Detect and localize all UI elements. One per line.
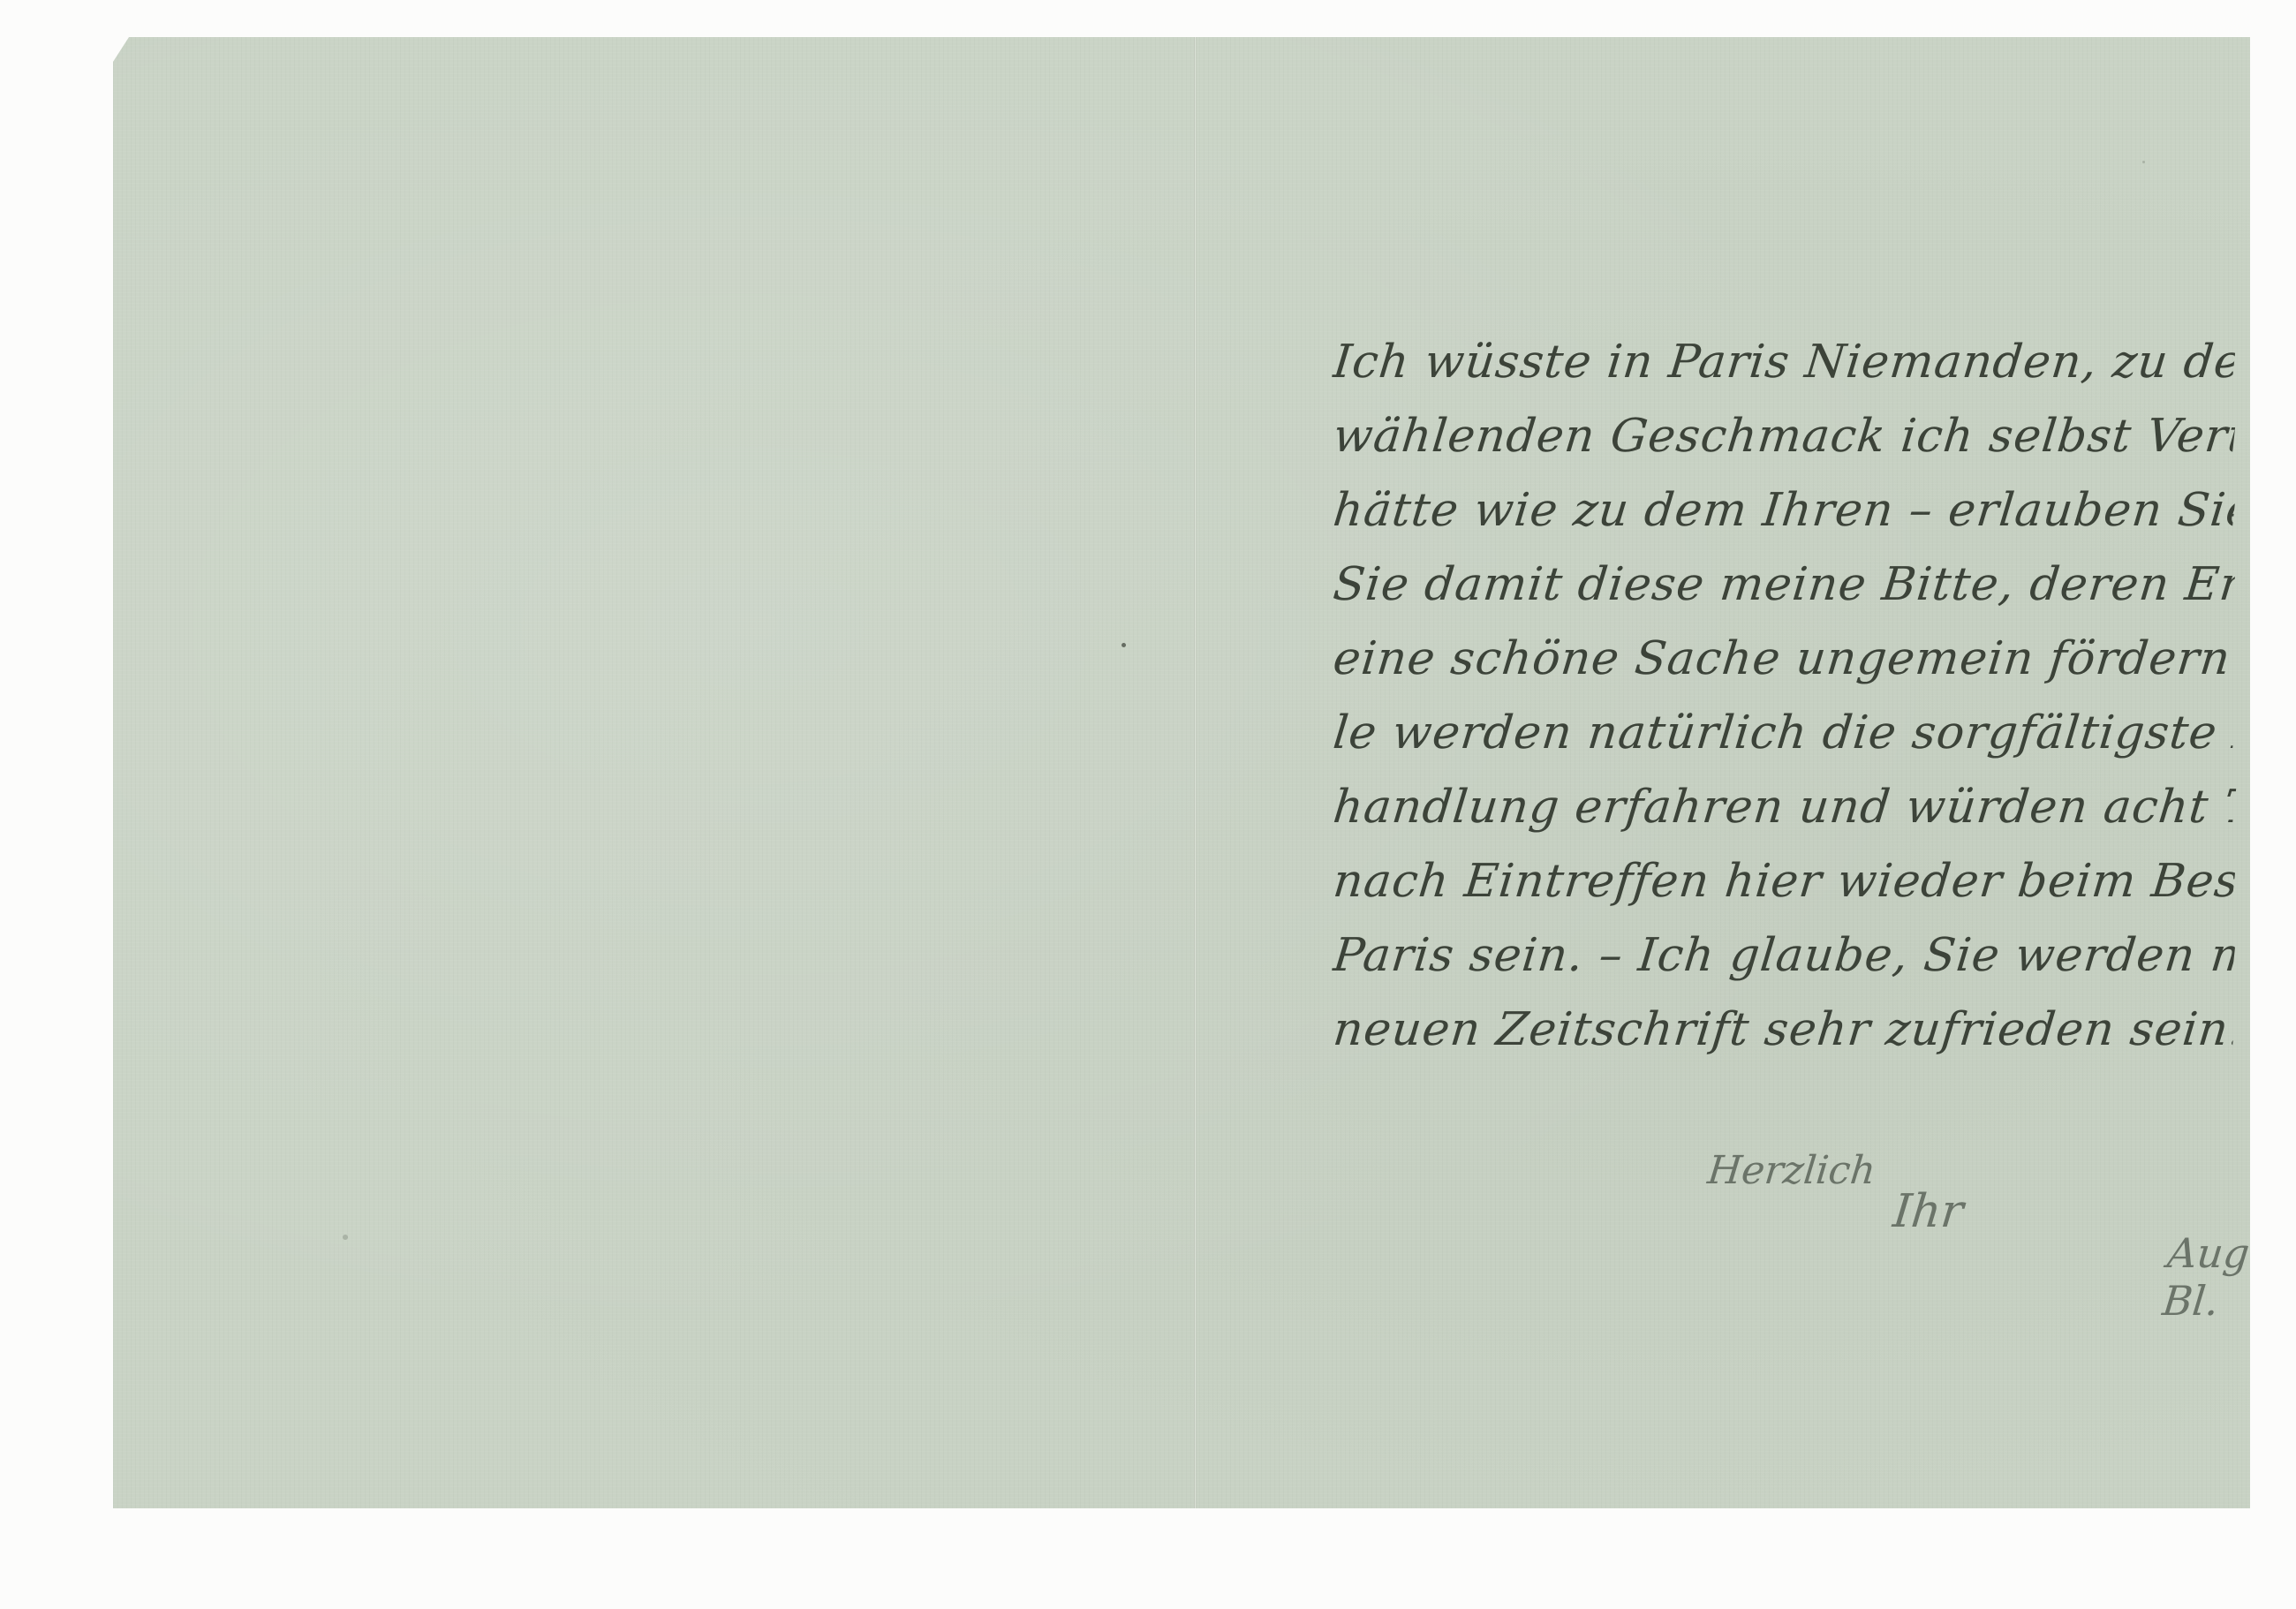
letter-line: nach Eintreffen hier wieder beim Besitze…: [1330, 844, 2239, 918]
letter-line: Paris sein. – Ich glaube, Sie werden mit…: [1330, 918, 2239, 993]
letter-line: wählenden Geschmack ich selbst Vertrauen: [1330, 399, 2239, 473]
ink-speck: [1122, 643, 1126, 647]
letter-line: neuen Zeitschrift sehr zufrieden sein.: [1330, 993, 2239, 1067]
letter-line: Sie damit diese meine Bitte, deren Erfül…: [1330, 548, 2239, 622]
letter-line: handlung erfahren und würden acht Tage: [1330, 770, 2239, 844]
paper-stain: [343, 1235, 348, 1240]
letter-sheet: Ich wüsste in Paris Niemanden, zu dessen…: [113, 37, 2250, 1508]
signature: Aug. Bl.: [2160, 1229, 2264, 1325]
paper-mark: [2142, 161, 2145, 163]
letter-line: eine schöne Sache ungemein fördern. Die …: [1330, 622, 2239, 696]
left-page: [113, 37, 1194, 1508]
right-page: Ich wüsste in Paris Niemanden, zu dessen…: [1196, 37, 2250, 1508]
letter-line: Ich wüsste in Paris Niemanden, zu dessen: [1330, 325, 2239, 399]
closing-pronoun: Ihr: [1891, 1185, 1966, 1238]
closing-salutation: Herzlich: [1705, 1148, 1877, 1193]
scanned-document: Ich wüsste in Paris Niemanden, zu dessen…: [0, 0, 2296, 1609]
letter-line: hätte wie zu dem Ihren – erlauben Sie un…: [1330, 473, 2239, 548]
letter-body: Ich wüsste in Paris Niemanden, zu dessen…: [1333, 325, 2234, 1067]
letter-line: le werden natürlich die sorgfältigste Be…: [1330, 696, 2239, 770]
